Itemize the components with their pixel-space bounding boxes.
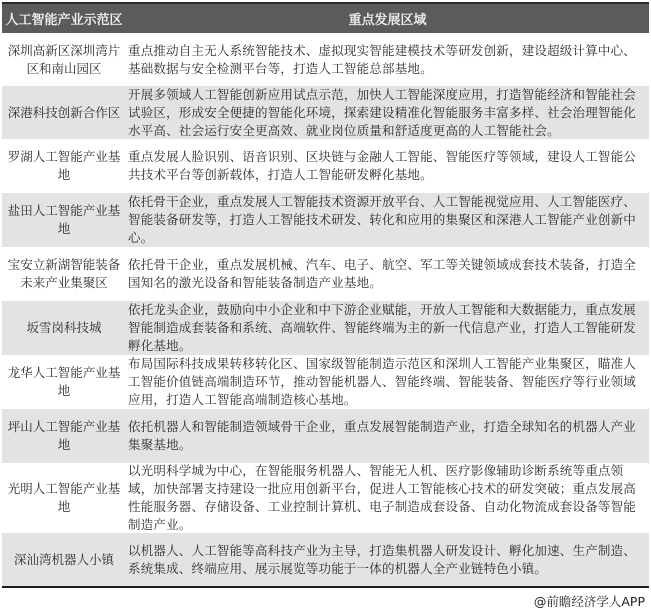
source-credit: @前瞻经济学人APP: [534, 592, 645, 610]
table-header: 人工智能产业示范区 重点发展区域: [2, 4, 649, 33]
table-row: 深汕湾机器人小镇 以机器人、人工智能等高科技产业为主导，打造集机器人研发设计、孵…: [2, 533, 649, 586]
table-row: 盐田人工智能产业基地 依托骨干企业，重点发展人工智能技术资源开放平台、人工智能视…: [2, 193, 649, 247]
table-row: 光明人工智能产业基地 以光明科学城为中心，在智能服务机器人、智能无人机、医疗影像…: [2, 463, 649, 533]
table-row: 坪山人工智能产业基地 依托机器人和智能制造领域骨干企业，重点发展智能制造产业，打…: [2, 409, 649, 463]
focus-cell: 以机器人、人工智能等高科技产业为主导，打造集机器人研发设计、孵化加速、生产制造、…: [126, 533, 649, 586]
table-row: 宝安立新湖智能装备未来产业集聚区 依托骨干企业，重点发展机械、汽车、电子、航空、…: [2, 247, 649, 301]
focus-cell: 以光明科学城为中心，在智能服务机器人、智能无人机、医疗影像辅助诊断系统等重点领域…: [126, 463, 649, 533]
focus-cell: 开展多领域人工智能创新应用试点示范，加快人工智能深度应用，打造智能经济和智能社会…: [126, 86, 649, 139]
ai-demo-zone-table: 人工智能产业示范区 重点发展区域 深圳高新区深圳湾片区和南山园区 重点推动自主无…: [2, 2, 649, 588]
zone-cell: 盐田人工智能产业基地: [2, 193, 126, 247]
table-row: 深圳高新区深圳湾片区和南山园区 重点推动自主无人系统智能技术、虚拟现实智能建模技…: [2, 33, 649, 86]
zone-cell: 光明人工智能产业基地: [2, 463, 126, 533]
zone-cell: 龙华人工智能产业基地: [2, 355, 126, 409]
zone-cell: 深汕湾机器人小镇: [2, 533, 126, 586]
focus-cell: 依托机器人和智能制造领域骨干企业，重点发展智能制造产业，打造全球知名的机器人产业…: [126, 409, 649, 463]
table-row: 龙华人工智能产业基地 布局国际科技成果转移转化区、国家级智能制造示范区和深圳人工…: [2, 355, 649, 409]
zone-cell: 深港科技创新合作区: [2, 86, 126, 139]
header-zone: 人工智能产业示范区: [2, 4, 126, 33]
table-row: 罗湖人工智能产业基地 重点发展人脸识别、语音识别、区块链与金融人工智能、智能医疗…: [2, 139, 649, 193]
focus-cell: 布局国际科技成果转移转化区、国家级智能制造示范区和深圳人工智能产业集聚区，瞄准人…: [126, 355, 649, 409]
zone-cell: 宝安立新湖智能装备未来产业集聚区: [2, 247, 126, 301]
focus-cell: 重点推动自主无人系统智能技术、虚拟现实智能建模技术等研发创新，建设超级计算中心、…: [126, 33, 649, 86]
zone-cell: 坂雪岗科技城: [2, 301, 126, 355]
zone-cell: 罗湖人工智能产业基地: [2, 139, 126, 193]
focus-cell: 重点发展人脸识别、语音识别、区块链与金融人工智能、智能医疗等领域，建设人工智能公…: [126, 139, 649, 193]
zone-cell: 坪山人工智能产业基地: [2, 409, 126, 463]
focus-cell: 依托龙头企业，鼓励向中小企业和中下游企业赋能，开放人工智能和大数据能力，重点发展…: [126, 301, 649, 355]
focus-cell: 依托骨干企业，重点发展机械、汽车、电子、航空、军工等关键领域成套技术装备，打造全…: [126, 247, 649, 301]
table-row: 坂雪岗科技城 依托龙头企业，鼓励向中小企业和中下游企业赋能，开放人工智能和大数据…: [2, 301, 649, 355]
focus-cell: 依托骨干企业，重点发展人工智能技术资源开放平台、人工智能视觉应用、人工智能医疗、…: [126, 193, 649, 247]
zone-cell: 深圳高新区深圳湾片区和南山园区: [2, 33, 126, 86]
table-row: 深港科技创新合作区 开展多领域人工智能创新应用试点示范，加快人工智能深度应用，打…: [2, 86, 649, 139]
header-focus: 重点发展区域: [126, 4, 649, 33]
